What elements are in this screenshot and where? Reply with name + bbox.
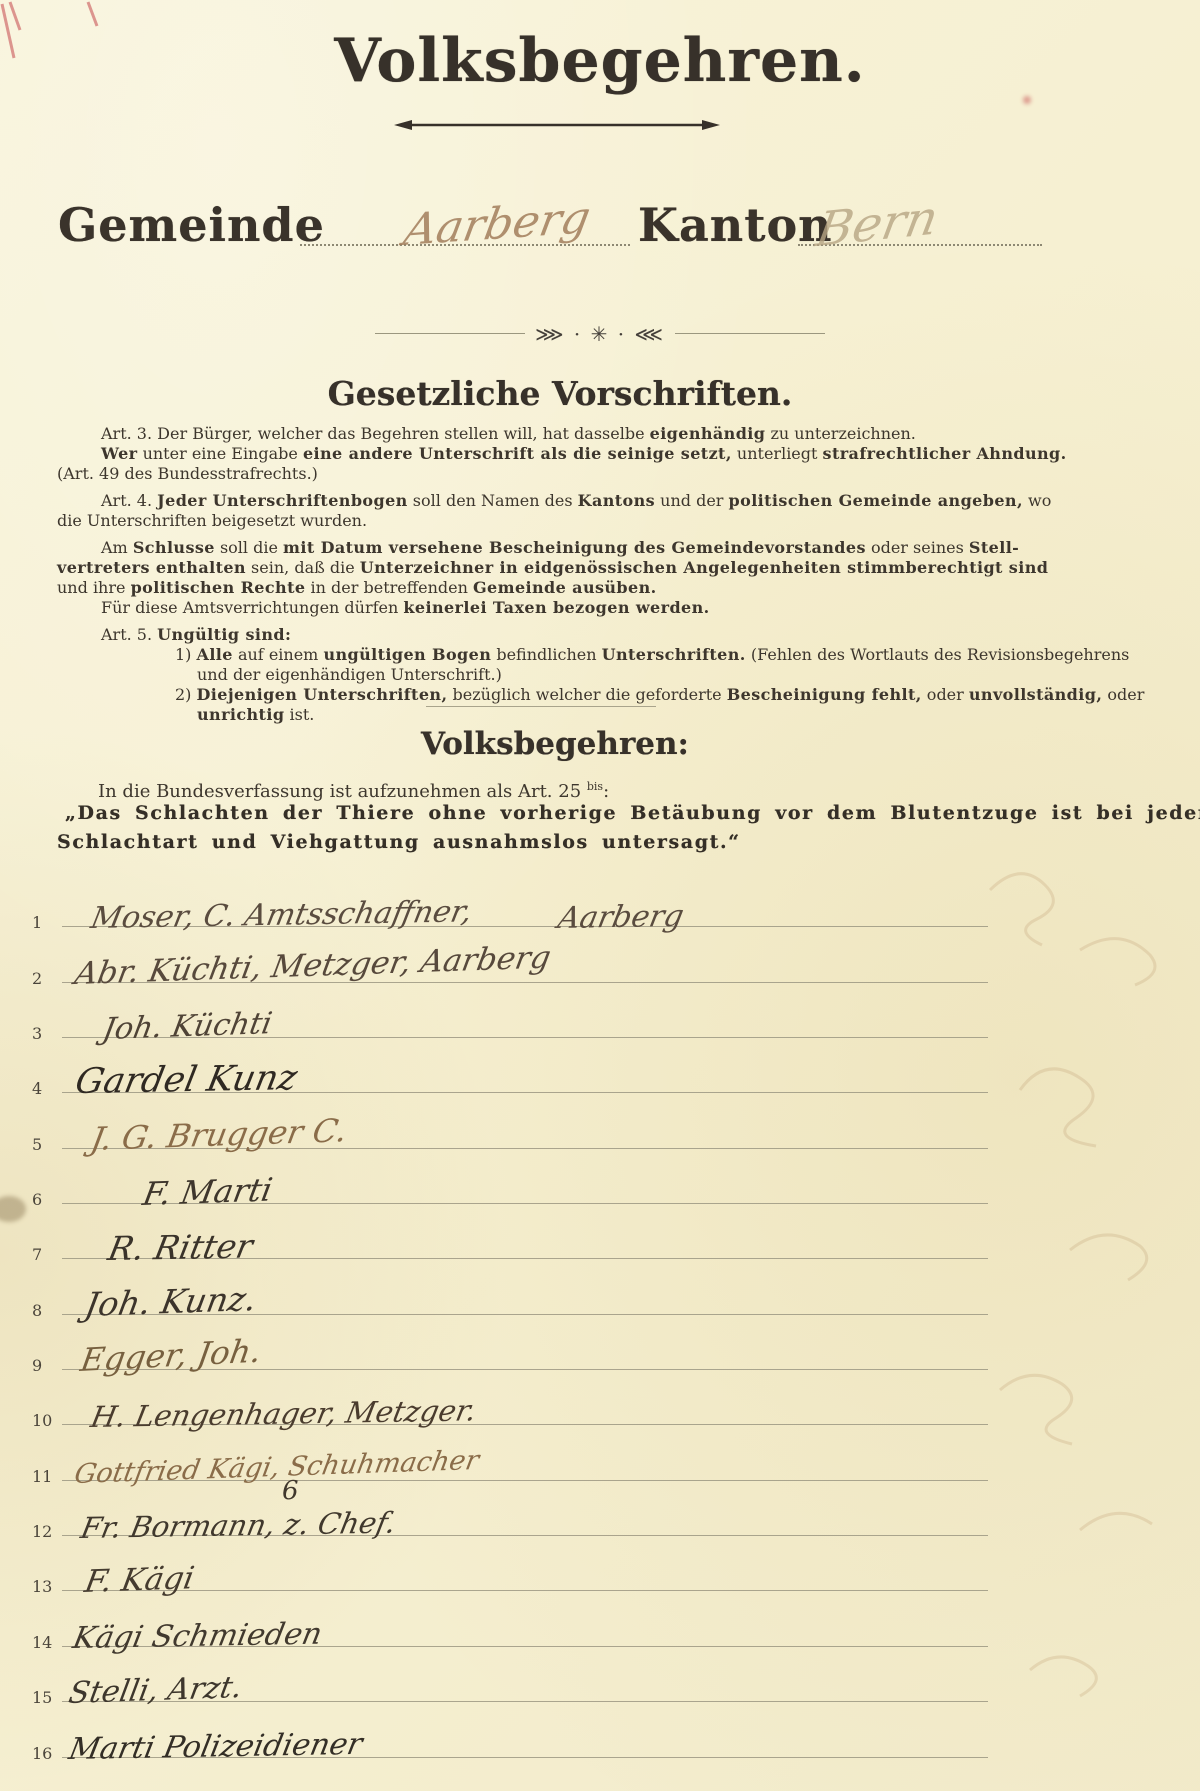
section-divider-ornament: ⋙ · ✳ · ⋘: [0, 322, 1200, 346]
legal-text-line: Art. 3. Der Bürger, welcher das Begehren…: [57, 424, 1062, 444]
legal-text-line: vertreters enthalten sein, daß die Unter…: [57, 558, 1062, 578]
divider-glyphs: ⋙ · ✳ · ⋘: [535, 322, 665, 346]
municipality-label: Gemeinde: [58, 198, 325, 252]
municipality-canton-row: Gemeinde Aarberg Kanton Bern: [0, 186, 1200, 258]
signature-annotation: 6: [282, 1476, 299, 1506]
signature-row: 8Joh. Kunz.: [0, 1259, 1200, 1314]
signature-row: 15Stelli, Arzt.: [0, 1647, 1200, 1702]
legal-text-line: und der eigenhändigen Unterschrift.): [57, 665, 1062, 685]
divider-wing-right: [675, 333, 825, 334]
petition-quote-line: Schlachtart und Viehgattung ausnahmslos …: [57, 831, 1067, 853]
legal-text-line: und ihre politischen Rechte in der betre…: [57, 578, 1062, 598]
legal-text-line: Für diese Amtsverrichtungen dürfen keine…: [57, 598, 1062, 618]
signature-row: 12Fr. Bormann, z. Chef.6: [0, 1481, 1200, 1536]
page-title: Volksbegehren.: [0, 26, 1200, 96]
signature-row: 1Moser, C. Amtsschaffner,Aarberg: [0, 872, 1200, 927]
petition-divider-rule: [426, 706, 656, 707]
signature-row: 10H. Lengenhager, Metzger.: [0, 1370, 1200, 1425]
legal-text-line: (Art. 49 des Bundesstrafrechts.): [57, 464, 1062, 484]
legal-text-line: 2) Diejenigen Unterschriften, bezüglich …: [57, 685, 1062, 705]
signature-row: 5J. G. Brugger C.: [0, 1093, 1200, 1148]
title-rule-ornament: [392, 118, 722, 132]
signature-row: 13F. Kägi: [0, 1536, 1200, 1591]
signature-row: 6F. Marti: [0, 1149, 1200, 1204]
legal-text-line: Art. 4. Jeder Unterschriftenbogen soll d…: [57, 491, 1062, 511]
legal-text-line: 1) Alle auf einem ungültigen Bogen befin…: [57, 645, 1062, 665]
petition-heading: Volksbegehren:: [0, 726, 1110, 762]
signature-row: 2Abr. Küchti, Metzger, Aarberg: [0, 927, 1200, 982]
signature-row: 11Gottfried Kägi, Schuhmacher: [0, 1425, 1200, 1480]
legal-section-heading: Gesetzliche Vorschriften.: [0, 374, 1120, 413]
municipality-value-handwriting: Aarberg: [400, 192, 594, 256]
legal-text-line: Art. 5. Ungültig sind:: [57, 625, 1062, 645]
signature-list: 1Moser, C. Amtsschaffner,Aarberg2Abr. Kü…: [0, 872, 1200, 1758]
signature-row: 14Kägi Schmieden: [0, 1591, 1200, 1646]
signature-row: 16Marti Polizeidiener: [0, 1702, 1200, 1757]
signature-row: 3Joh. Küchti: [0, 983, 1200, 1038]
legal-text-line: die Unterschriften beigesetzt wurden.: [57, 511, 1062, 531]
petition-quote-line: „Das Schlachten der Thiere ohne vorherig…: [57, 802, 1075, 824]
signature-handwriting: Marti Polizeidiener: [66, 1726, 365, 1766]
legal-text-line: unrichtig ist.: [57, 705, 1062, 725]
legal-text-line: Wer unter eine Eingabe eine andere Unter…: [57, 444, 1062, 464]
petition-sheet: Volksbegehren. Gemeinde Aarberg Kanton B…: [0, 0, 1200, 1791]
signature-row: 9Egger, Joh.: [0, 1315, 1200, 1370]
legal-text: Art. 3. Der Bürger, welcher das Begehren…: [57, 424, 1062, 725]
petition-intro: In die Bundesverfassung ist aufzunehmen …: [98, 780, 609, 802]
signature-row: 4Gardel Kunz: [0, 1038, 1200, 1093]
row-number: 16: [32, 1744, 58, 1763]
stain-artifact: [1023, 96, 1031, 104]
divider-wing-left: [375, 333, 525, 334]
signature-row: 7R. Ritter: [0, 1204, 1200, 1259]
legal-text-line: Am Schlusse soll die mit Datum versehene…: [57, 538, 1062, 558]
